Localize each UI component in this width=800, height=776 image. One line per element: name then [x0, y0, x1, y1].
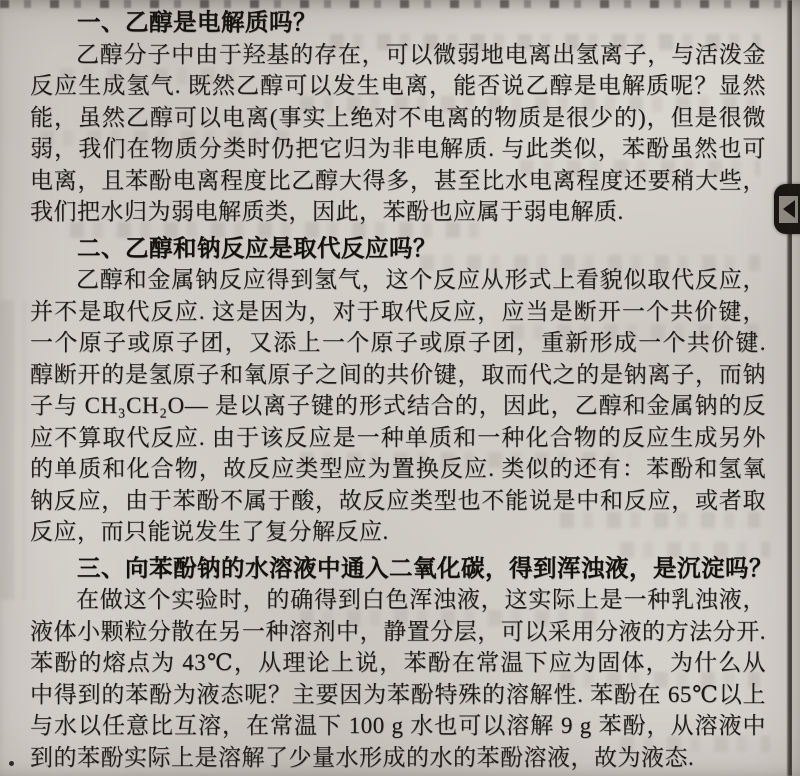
text-line: 到的苯酚实际上是溶解了少量水形成的水的苯酚溶液，故为液态.: [30, 742, 766, 774]
text-line: 子与 CH₃CH₂O— 是以离子键的形式结合的，因此，乙醇和金属钠的反: [30, 390, 766, 422]
text-line: 液体小颗粒分散在另一种溶剂中，静置分层，可以采用分液的方法分开.: [30, 616, 766, 648]
text-line: 我们把水归为弱电解质类，因此，苯酚也应属于弱电解质.: [30, 196, 766, 228]
page-back-button[interactable]: [774, 184, 800, 234]
text-line: 电离，且苯酚电离程度比乙醇大得多，甚至比水电离程度还要稍大些，但: [30, 165, 766, 197]
text-line: 并不是取代反应. 这是因为，对于取代反应，应当是断开一个共价键，去掉: [30, 296, 766, 328]
scanned-book-page: 一、乙醇是电解质吗？乙醇分子中由于羟基的存在，可以微弱地电离出氢离子，与活泼金属…: [0, 0, 800, 776]
text-line: 在做这个实验时，的确得到白色浑浊液，这实际上是一种乳浊液，即: [30, 584, 766, 616]
text-line: 应不算取代反应. 由于该反应是一种单质和一种化合物的反应生成另外: [30, 422, 766, 454]
text-line: 反应，而只能说发生了复分解反应.: [30, 516, 766, 548]
text-line: 乙醇和金属钠反应得到氢气，这个反应从形式上看貌似取代反应，但: [30, 264, 766, 296]
text-line: 与水以任意比互溶，在常温下 100 g 水也可以溶解 9 g 苯酚，从溶液中得: [30, 710, 766, 742]
ink-speck: [9, 761, 14, 766]
section-heading: 三、向苯酚钠的水溶液中通入二氧化碳，得到浑浊液，是沉淀吗？: [30, 553, 766, 585]
text-line: 苯酚的熔点为 43℃，从理论上说，苯酚在常温下应为固体，为什么从溶液: [30, 647, 766, 679]
text-line: 的单质和化合物，故反应类型应为置换反应. 类似的还有：苯酚和氢氧化: [30, 453, 766, 485]
text-line: 钠反应，由于苯酚不属于酸，故反应类型也不能说是中和反应，或者取代: [30, 485, 766, 517]
text-line: 中得到的苯酚为液态呢？主要因为苯酚特殊的溶解性. 苯酚在 65℃以上: [30, 679, 766, 711]
text-line: 乙醇分子中由于羟基的存在，可以微弱地电离出氢离子，与活泼金属: [30, 39, 766, 71]
section-heading: 一、乙醇是电解质吗？: [30, 7, 766, 39]
text-line: 弱，我们在物质分类时仍把它归为非电解质. 与此类似，苯酚虽然也可以: [30, 133, 766, 165]
left-arrow-icon: [783, 200, 795, 218]
back-button-face: [779, 196, 798, 223]
text-content: 一、乙醇是电解质吗？乙醇分子中由于羟基的存在，可以微弱地电离出氢离子，与活泼金属…: [30, 7, 766, 773]
text-line: 醇断开的是氢原子和氧原子之间的共价键，取而代之的是钠离子，而钠离: [30, 359, 766, 391]
text-line: 反应生成氢气. 既然乙醇可以发生电离，能否说乙醇是电解质呢？显然不: [30, 70, 766, 102]
text-line: 能，虽然乙醇可以电离(事实上绝对不电离的物质是很少的)，但是很微: [30, 102, 766, 134]
text-line: 一个原子或原子团，又添上一个原子或原子团，重新形成一个共价键. 乙: [30, 327, 766, 359]
page-edge-margin: [792, 0, 800, 776]
section-heading: 二、乙醇和钠反应是取代反应吗？: [30, 233, 766, 265]
